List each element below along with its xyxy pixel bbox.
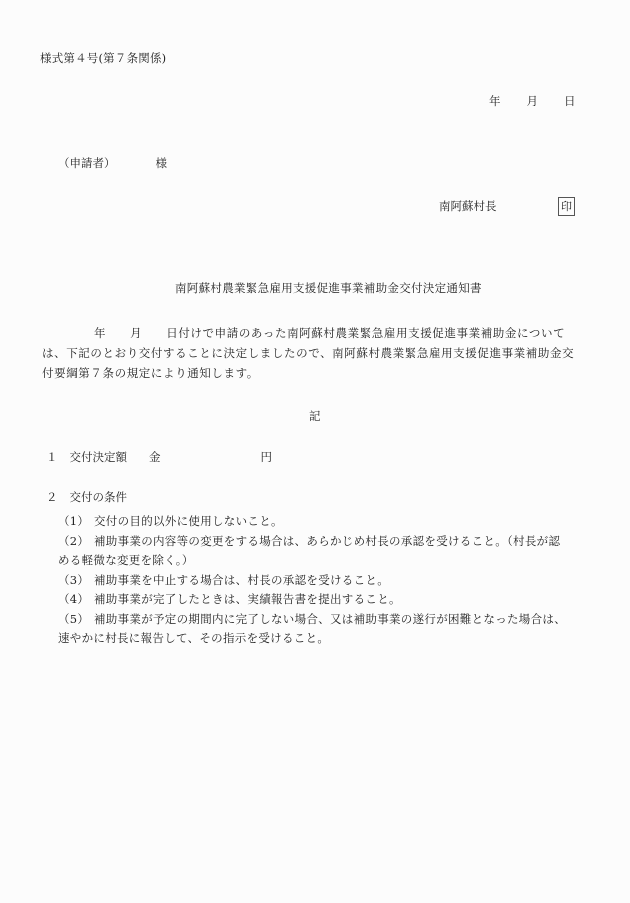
condition-text: 補助事業が完了したときは、実績報告書を提出すること。 — [94, 592, 401, 606]
body-paragraph: 年月日付けで申請のあった南阿蘇村農業緊急雇用支援促進事業補助金について は、下記… — [42, 323, 592, 383]
condition-number: （3） — [58, 571, 94, 591]
body-line-1: 年月日付けで申請のあった南阿蘇村農業緊急雇用支援促進事業補助金について — [42, 323, 592, 343]
date-line: 年月日 — [489, 96, 576, 108]
date-month: 月 — [527, 96, 539, 108]
condition-3: （3）補助事業を中止する場合は、村長の承認を受けること。 — [58, 571, 618, 591]
condition-text: 補助事業を中止する場合は、村長の承認を受けること。 — [94, 573, 389, 587]
item2-number: ２ — [46, 490, 58, 504]
item1-prefix: 金 — [149, 450, 161, 464]
condition-2: （2）補助事業の内容等の変更をする場合は、あらかじめ村長の承認を受けること。（村… — [58, 532, 618, 552]
condition-number: （1） — [58, 512, 94, 532]
recipient-honorific: 様 — [156, 156, 168, 170]
conditions-list: （1）交付の目的以外に使用しないこと。 （2）補助事業の内容等の変更をする場合は… — [58, 512, 618, 649]
body-line-3: 付要綱第７条の規定により通知します。 — [42, 363, 592, 383]
item-grant-amount: １交付決定額金円 — [46, 452, 272, 464]
date-year: 年 — [489, 96, 501, 108]
document-title: 南阿蘇村農業緊急雇用支援促進事業補助金交付決定通知書 — [175, 283, 482, 295]
condition-text: 補助事業が予定の期間内に完了しない場合、又は補助事業の遂行が困難となった場合は、 — [94, 612, 566, 626]
condition-number: （5） — [58, 610, 94, 630]
recipient: （申請者）様 — [58, 158, 167, 170]
body-line-1-text: 日付けで申請のあった南阿蘇村農業緊急雇用支援促進事業補助金について — [166, 326, 565, 340]
item1-unit: 円 — [261, 450, 273, 464]
condition-2-continued: める軽微な変更を除く。） — [58, 551, 618, 571]
recipient-label: （申請者） — [58, 156, 116, 170]
date-day: 日 — [564, 96, 576, 108]
condition-5: （5）補助事業が予定の期間内に完了しない場合、又は補助事業の遂行が困難となった場… — [58, 610, 618, 630]
condition-number: （2） — [58, 532, 94, 552]
form-number: 様式第４号(第７条関係) — [40, 53, 166, 65]
ki-heading: 記 — [309, 411, 321, 423]
body-year: 年 — [94, 326, 106, 340]
condition-text: 交付の目的以外に使用しないこと。 — [94, 514, 283, 528]
body-month: 月 — [130, 326, 142, 340]
condition-number: （4） — [58, 590, 94, 610]
item2-label: 交付の条件 — [70, 490, 128, 504]
item1-label: 交付決定額 — [70, 450, 128, 464]
item1-number: １ — [46, 450, 58, 464]
condition-1: （1）交付の目的以外に使用しないこと。 — [58, 512, 618, 532]
condition-4: （4）補助事業が完了したときは、実績報告書を提出すること。 — [58, 590, 618, 610]
condition-5-continued: 速やかに村長に報告して、その指示を受けること。 — [58, 629, 618, 649]
body-line-2: は、下記のとおり交付することに決定しましたので、南阿蘇村農業緊急雇用支援促進事業… — [42, 343, 592, 363]
item-conditions-heading: ２交付の条件 — [46, 492, 127, 504]
condition-text: 補助事業の内容等の変更をする場合は、あらかじめ村長の承認を受けること。（村長が認 — [94, 534, 560, 548]
issuer-name: 南阿蘇村長 — [439, 201, 497, 213]
seal-stamp-icon: 印 — [558, 197, 575, 216]
